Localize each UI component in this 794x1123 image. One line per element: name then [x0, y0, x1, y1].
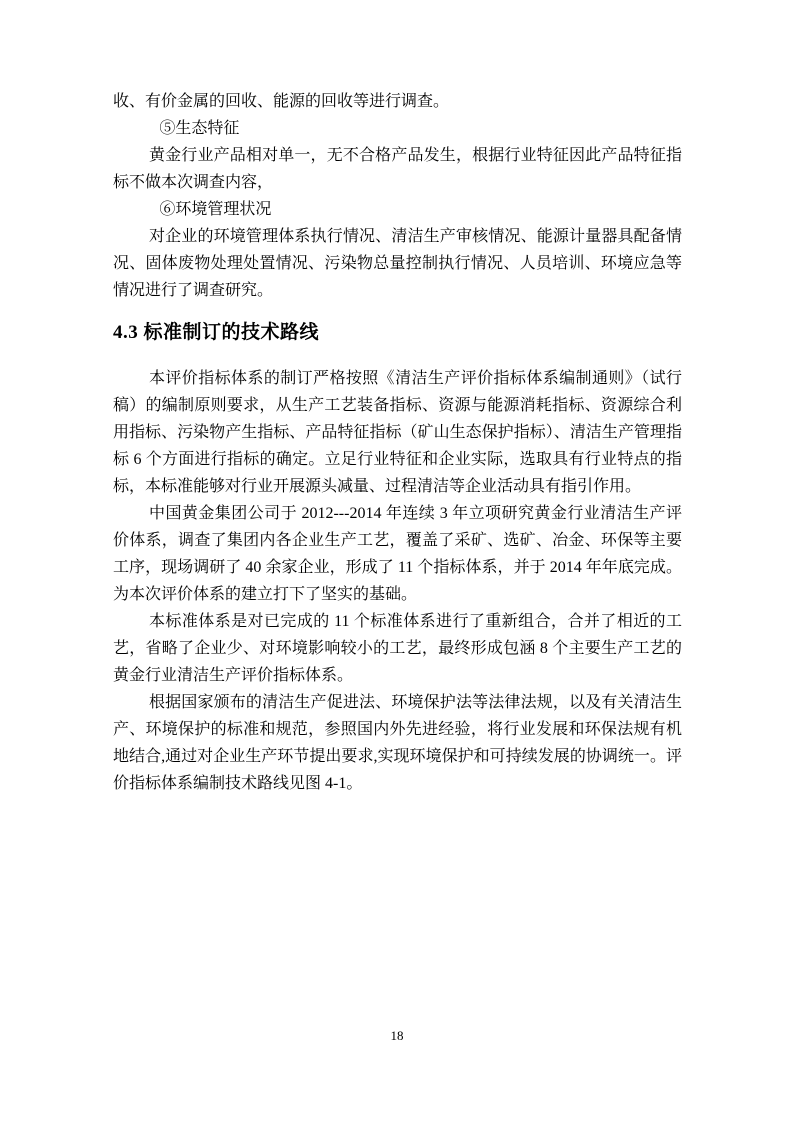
page-number: 18 [391, 1028, 404, 1043]
body-paragraph: 黄金行业产品相对单一，无不合格产品发生，根据行业特征因此产品特征指标不做本次调查… [113, 142, 682, 196]
document-page: 收、有价金属的回收、能源的回收等进行调查。 ⑤生态特征 黄金行业产品相对单一，无… [0, 0, 794, 1123]
list-item-eco-feature: ⑤生态特征 [113, 115, 682, 142]
section-heading: 4.3 标准制订的技术路线 [113, 316, 682, 350]
body-paragraph: 本标准体系是对已完成的 11 个标准体系进行了重新组合，合并了相近的工艺，省略了… [113, 608, 682, 689]
body-paragraph-continuation: 收、有价金属的回收、能源的回收等进行调查。 [113, 88, 682, 115]
body-paragraph: 对企业的环境管理体系执行情况、清洁生产审核情况、能源计量器具配备情况、固体废物处… [113, 223, 682, 304]
list-item-env-management: ⑥环境管理状况 [113, 196, 682, 223]
body-paragraph: 中国黄金集团公司于 2012---2014 年连续 3 年立项研究黄金行业清洁生… [113, 500, 682, 608]
page-content: 收、有价金属的回收、能源的回收等进行调查。 ⑤生态特征 黄金行业产品相对单一，无… [113, 88, 682, 797]
page-footer: 18 [0, 1028, 794, 1044]
body-paragraph: 本评价指标体系的制订严格按照《清洁生产评价指标体系编制通则》（试行稿）的编制原则… [113, 365, 682, 500]
body-paragraph: 根据国家颁布的清洁生产促进法、环境保护法等法律法规，以及有关清洁生产、环境保护的… [113, 689, 682, 797]
